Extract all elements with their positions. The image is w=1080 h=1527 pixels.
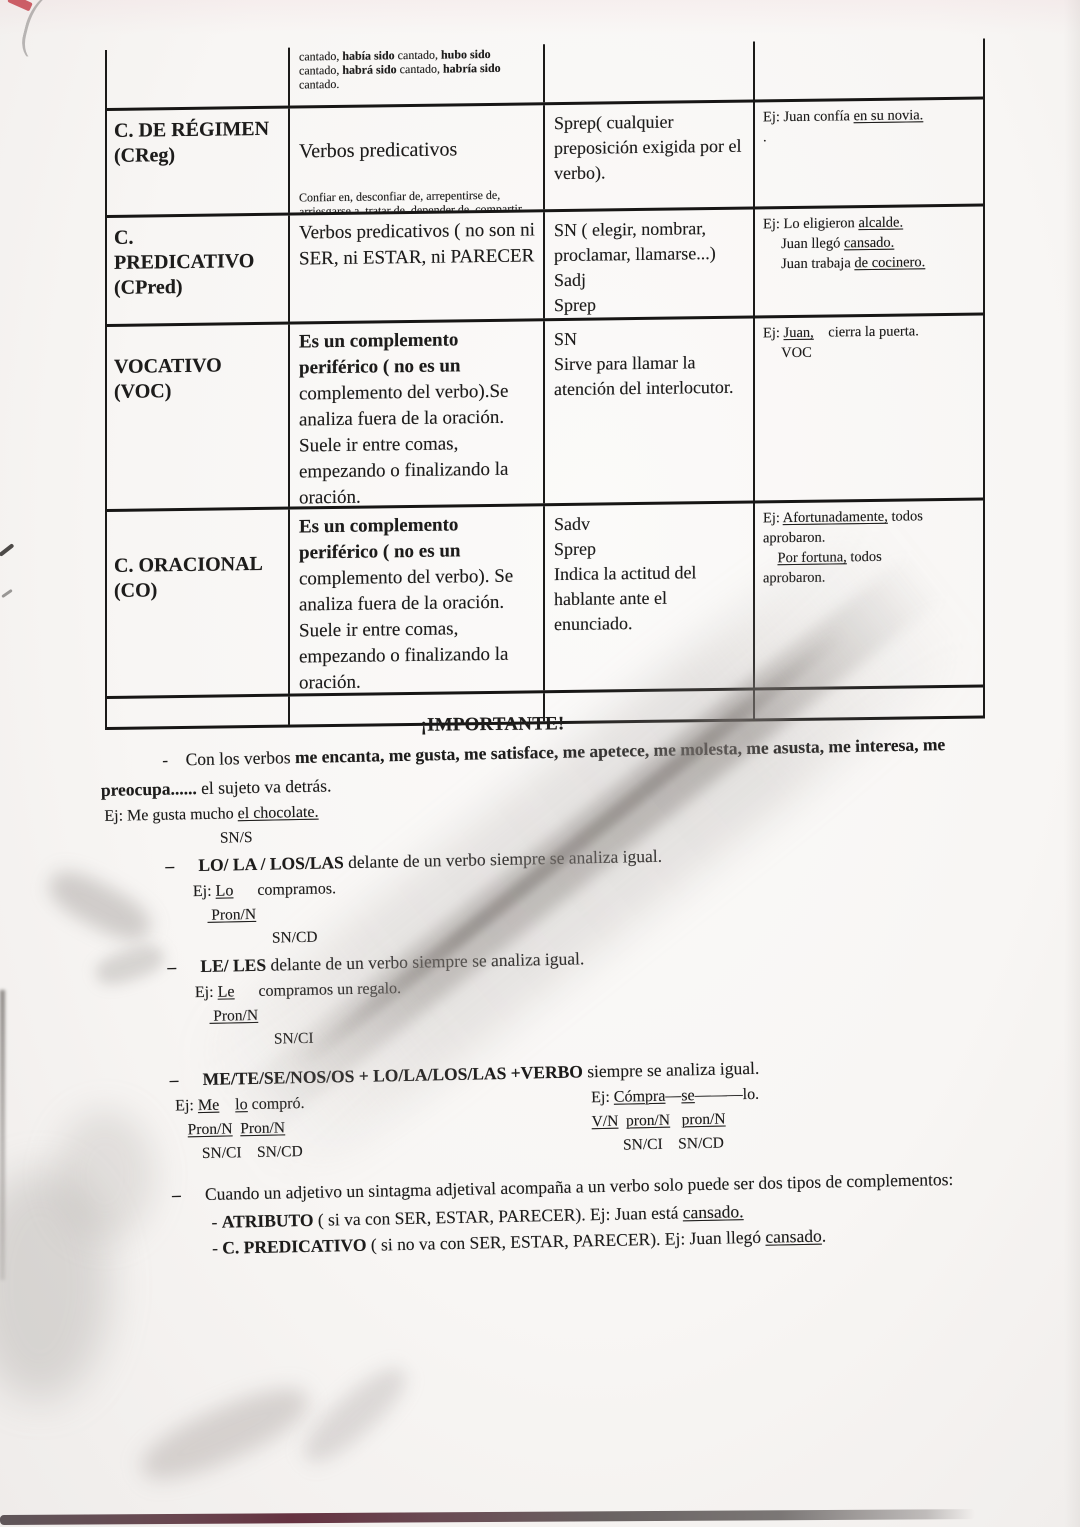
cell-empty [107, 48, 290, 108]
analysis-right: SN/CI SN/CD [592, 1132, 724, 1159]
note-le-les: – LE/ LES delante de un verbo siempre se… [167, 935, 1061, 1054]
example-right: Ej: Cómpra—se———lo. [591, 1083, 759, 1110]
cell-definition-cpred: Verbos predicativos ( no son ni SER, ni … [290, 212, 545, 321]
table-row-participio-overflow: cantado, había sido cantado, hubo sidoca… [107, 39, 983, 111]
cell-form-voc: SN Sirve para llamar la atención del int… [545, 318, 755, 503]
cell-definition-co: Es un complementoperiférico ( no es unco… [290, 506, 545, 693]
note-body: LO/ LA / LOS/LAS delante de un verbo sie… [198, 834, 1059, 952]
cell-form-co: Sadv Sprep Indica la actitud del hablant… [545, 503, 755, 690]
bullet-dash: – [172, 1180, 207, 1262]
cell-example-creg: Ej: Juan confía en su novia.. [755, 100, 983, 207]
definition-title: Verbos predicativos [299, 136, 537, 163]
analysis-left: SN/CI SN/CD [194, 1143, 303, 1162]
cell-empty [755, 39, 983, 100]
note-body: Cuando un adjetivo un sintagma adjetival… [205, 1163, 1065, 1261]
notes-section: - Con los verbos me encanta, me gusta, m… [100, 728, 1065, 1263]
cell-definition-voc: Es un complementoperiférico ( no es unco… [290, 321, 545, 506]
pron-right: V/N pron/N pron/N [591, 1108, 725, 1135]
cell-form-creg: Sprep( cualquier preposición exigida por… [545, 102, 755, 209]
scanned-grammar-sheet: { "heading": "¡IMPORTANTE!", "table": { … [0, 0, 1080, 1527]
cell-participio-forms: cantado, había sido cantado, hubo sidoca… [290, 44, 545, 105]
cell-label-creg: C. DE RÉGIMEN (CReg) [107, 109, 290, 215]
note-lo-la-los-las: – LO/ LA / LOS/LAS delante de un verbo s… [165, 834, 1059, 953]
example-left: Ej: Me lo compró. [175, 1095, 305, 1115]
cell-example-co: Ej: Afortunadamente, todosaprobaron. Por… [755, 501, 983, 688]
note-body: ME/TE/SE/NOS/OS + LO/LA/LOS/LAS +VERBO s… [202, 1048, 1063, 1166]
note-body: LE/ LES delante de un verbo siempre se a… [200, 935, 1061, 1053]
cell-label-voc: VOCATIVO (VOC) [107, 325, 290, 509]
cell-label-co: C. ORACIONAL (CO) [107, 510, 290, 696]
pron-left: Pron/N Pron/N [188, 1119, 286, 1138]
table-row-c-de-regimen: C. DE RÉGIMEN (CReg) Verbos predicativos… [107, 100, 983, 218]
cell-label-cpred: C. PREDICATIVO (CPred) [107, 216, 290, 324]
cell-example-voc: Ej: Juan, cierra la puerta. VOC [755, 316, 983, 501]
table-row-vocativo: VOCATIVO (VOC) Es un complementoperiféri… [107, 316, 983, 512]
complements-table: cantado, había sido cantado, hubo sidoca… [105, 38, 985, 730]
cell-form-cpred: SN ( elegir, nombrar, proclamar, llamars… [545, 209, 755, 318]
cell-definition-creg: Verbos predicativos Confiar en, desconfi… [290, 105, 545, 212]
cell-empty [545, 41, 755, 102]
table-row-c-oracional: C. ORACIONAL (CO) Es un complementoperif… [107, 501, 983, 699]
table-row-c-predicativo: C. PREDICATIVO (CPred) Verbos predicativ… [107, 207, 983, 327]
cell-example-cpred: Ej: Lo eligieron alcalde. Juan llegó can… [755, 207, 983, 316]
verb-list: Confiar en, desconfiar de, arrepentirse … [299, 187, 537, 212]
note-clitic-combination: – ME/TE/SE/NOS/OS + LO/LA/LOS/LAS +VERBO… [169, 1048, 1063, 1167]
